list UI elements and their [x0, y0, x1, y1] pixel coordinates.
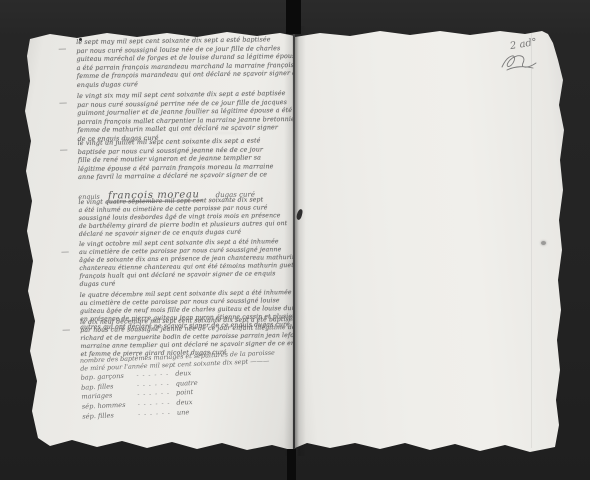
paraph-flourish-icon [499, 51, 539, 73]
dash-leader: - - - - - - [137, 390, 170, 398]
summary-value: une [177, 408, 190, 417]
summary-value: deux [176, 398, 192, 407]
baptism-entry-2: — le vingt six may mil sept cent soixant… [77, 89, 298, 144]
dash-leader: - - - - - - [136, 371, 169, 379]
binding-notch-bottom [287, 449, 296, 480]
burial-entry-1: le vingt quatre septembre mil sept cent … [78, 196, 287, 238]
scanned-register-spread: — le sept may mil sept cent soixante dix… [0, 0, 590, 480]
dash-leader: - - - - - - [138, 400, 171, 408]
margin-dash: — [62, 325, 70, 334]
annual-summary: nombre des baptêmes mariages et sépultur… [80, 349, 278, 423]
entry-line: anne favril la marraine a déclaré ne sça… [78, 171, 274, 182]
ink-spot [541, 241, 546, 245]
margin-dash: — [59, 98, 67, 107]
summary-value: point [176, 388, 194, 397]
dash-leader: - - - - - - [138, 410, 171, 418]
summary-value: quatre [175, 378, 197, 387]
book-spine-line [293, 28, 295, 452]
summary-value: deux [175, 369, 191, 378]
book-gutter-shadow [284, 26, 306, 456]
paper-fold-line [531, 33, 532, 448]
summary-label: sép. filles [82, 410, 138, 421]
margin-dash: — [61, 247, 69, 256]
right-page: 2 ad° [295, 25, 565, 456]
folio-number-inscription: 2 ad° [509, 37, 537, 52]
margin-dash: — [60, 145, 68, 154]
baptism-entry-3: — le vingt un juillet mil sept cent soix… [78, 136, 274, 203]
left-page: — le sept may mil sept cent soixante dix… [22, 26, 295, 455]
dash-leader: - - - - - - [137, 381, 170, 389]
burial-entry-2: — le vingt octobre mil sept cent soixant… [79, 238, 296, 288]
handwritten-text-layer: — le sept may mil sept cent soixante dix… [76, 23, 300, 446]
margin-dash: — [58, 44, 66, 53]
binding-notch-top [286, 0, 301, 34]
